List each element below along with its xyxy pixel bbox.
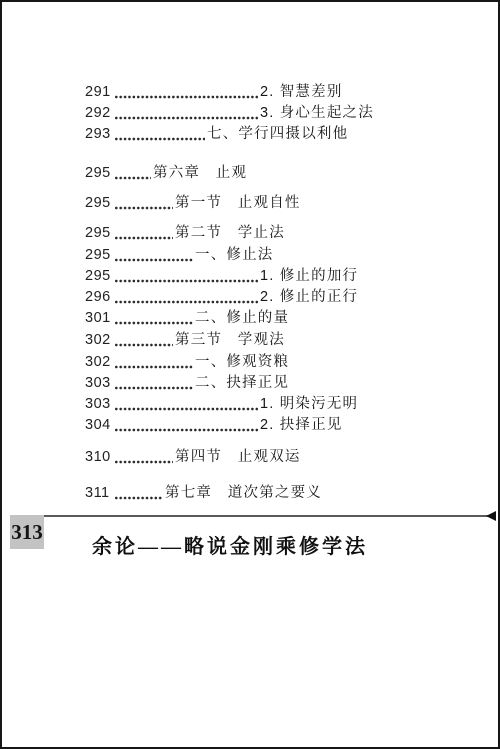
toc-page-number: 295 <box>85 166 115 181</box>
toc-entry-title: 一、修止法 <box>193 248 274 263</box>
toc-entry: 292 3. 身心生起之法 <box>85 106 498 121</box>
book-toc-page: 291 2. 智慧差别 292 3. 身心生起之法 293 七、学行四摄以利他 … <box>0 0 500 749</box>
toc-entry-title: 七、学行四摄以利他 <box>205 127 348 142</box>
toc-page-number: 302 <box>85 355 115 370</box>
toc-entry: 295 第一节 止观自性 <box>85 196 498 211</box>
toc-page-number: 311 <box>85 486 115 501</box>
toc-page-number: 296 <box>85 290 115 305</box>
toc-entry: 303 二、抉择正见 <box>85 376 498 391</box>
toc-page-number: 301 <box>85 311 115 326</box>
toc-entry: 304 2. 抉择正见 <box>85 418 498 433</box>
dot-leader <box>115 248 193 263</box>
toc-entry: 302 一、修观资粮 <box>85 355 498 370</box>
section-rule <box>10 515 496 517</box>
toc-entry-title: 第二节 学止法 <box>173 226 285 241</box>
toc-entry: 301 二、修止的量 <box>85 311 498 326</box>
dot-leader <box>115 486 163 501</box>
toc-page-number: 293 <box>85 127 115 142</box>
toc-entry-title: 第一节 止观自性 <box>173 196 301 211</box>
toc-entry: 302 第三节 学观法 <box>85 333 498 348</box>
footer-section: 313 余论——略说金刚乘修学法 <box>2 515 498 579</box>
toc-entry: 291 2. 智慧差别 <box>85 85 498 100</box>
dot-leader <box>115 418 258 433</box>
dot-leader <box>115 166 151 181</box>
toc-entry-title: 2. 抉择正见 <box>258 418 343 433</box>
toc-page-number: 295 <box>85 226 115 241</box>
toc-page-number: 302 <box>85 333 115 348</box>
toc-list: 291 2. 智慧差别 292 3. 身心生起之法 293 七、学行四摄以利他 … <box>2 2 498 501</box>
toc-entry-title: 2. 修止的正行 <box>258 290 358 305</box>
toc-entry: 310 第四节 止观双运 <box>85 450 498 465</box>
toc-page-number: 295 <box>85 269 115 284</box>
dot-leader <box>115 397 258 412</box>
toc-entry-title: 二、抉择正见 <box>193 376 289 391</box>
dot-leader <box>115 333 173 348</box>
dot-leader <box>115 85 258 100</box>
toc-entry: 295 1. 修止的加行 <box>85 269 498 284</box>
toc-entry-title: 一、修观资粮 <box>193 355 289 370</box>
toc-entry-title: 第三节 学观法 <box>173 333 285 348</box>
toc-page-number: 295 <box>85 196 115 211</box>
toc-entry: 293 七、学行四摄以利他 <box>85 127 498 142</box>
footer-section-title: 余论——略说金刚乘修学法 <box>2 530 458 559</box>
toc-entry-title: 第七章 道次第之要义 <box>163 486 322 501</box>
toc-entry-title: 1. 明染污无明 <box>258 397 358 412</box>
toc-page-number: 303 <box>85 397 115 412</box>
toc-page-number: 303 <box>85 376 115 391</box>
toc-entry: 295 一、修止法 <box>85 248 498 263</box>
toc-page-number: 304 <box>85 418 115 433</box>
toc-entry: 295 第二节 学止法 <box>85 226 498 241</box>
toc-entry-title: 二、修止的量 <box>193 311 289 326</box>
dot-leader <box>115 226 173 241</box>
dot-leader <box>115 106 258 121</box>
dot-leader <box>115 290 258 305</box>
toc-entry-title: 第四节 止观双运 <box>173 450 301 465</box>
toc-page-number: 295 <box>85 248 115 263</box>
toc-entry-title: 1. 修止的加行 <box>258 269 358 284</box>
dot-leader <box>115 311 193 326</box>
dot-leader <box>115 450 173 465</box>
dot-leader <box>115 269 258 284</box>
toc-page-number: 292 <box>85 106 115 121</box>
toc-page-number: 310 <box>85 450 115 465</box>
dot-leader <box>115 355 193 370</box>
toc-entry: 296 2. 修止的正行 <box>85 290 498 305</box>
toc-page-number: 291 <box>85 85 115 100</box>
toc-entry: 295 第六章 止观 <box>85 166 498 181</box>
toc-entry-title: 第六章 止观 <box>151 166 247 181</box>
toc-entry-title: 2. 智慧差别 <box>258 85 343 100</box>
dot-leader <box>115 196 173 211</box>
dot-leader <box>115 376 193 391</box>
toc-entry: 311 第七章 道次第之要义 <box>85 486 498 501</box>
toc-entry: 303 1. 明染污无明 <box>85 397 498 412</box>
dot-leader <box>115 127 205 142</box>
arrow-left-icon <box>486 511 496 521</box>
toc-entry-title: 3. 身心生起之法 <box>258 106 374 121</box>
